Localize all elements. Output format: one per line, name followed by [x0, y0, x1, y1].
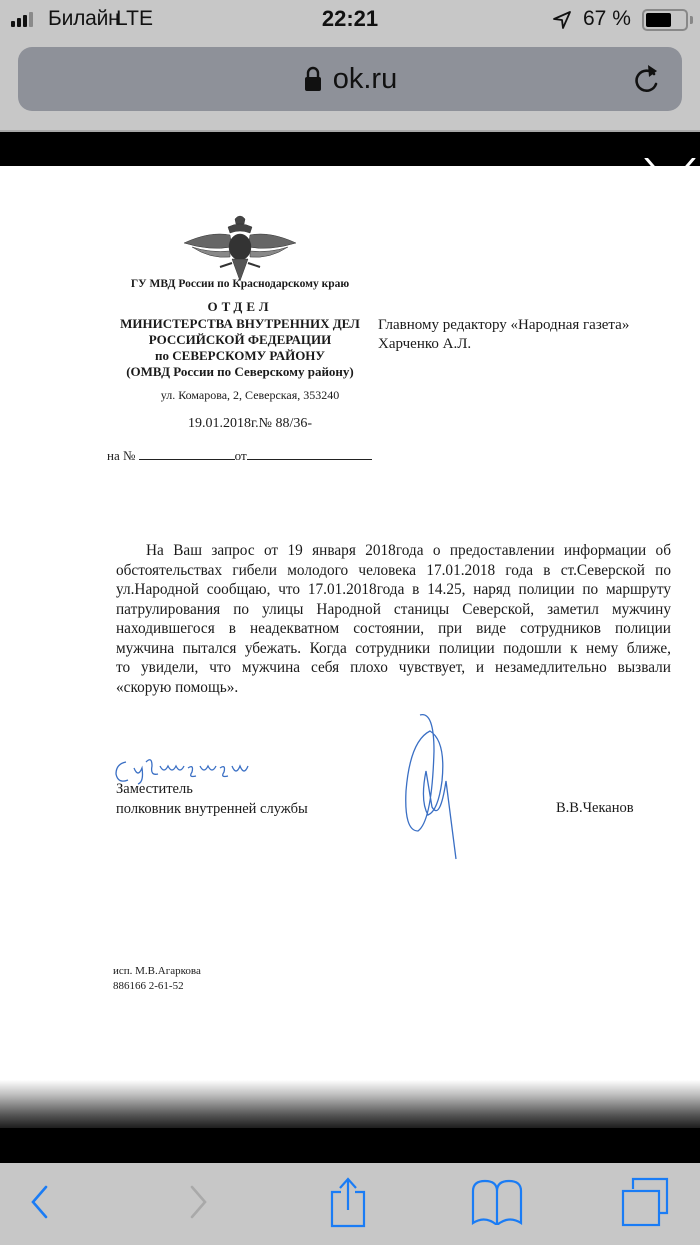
location-arrow-icon — [552, 10, 572, 30]
reload-icon[interactable] — [632, 62, 662, 96]
battery-nub — [690, 16, 693, 24]
body-line: ул.Народной сообщаю, что 17.01.2018года … — [116, 580, 671, 600]
battery-percent: 67 % — [583, 7, 631, 31]
viewer-bottom-fade — [0, 1080, 700, 1130]
executor-phone: 886166 2-61-52 — [113, 979, 201, 994]
signatory-title-line: Заместитель — [116, 779, 308, 799]
ref-prefix: на № — [107, 448, 135, 463]
body-line: патрулирования по улицы Народной станицы… — [116, 600, 671, 620]
viewer-top-band — [0, 130, 700, 166]
outgoing-number: 19.01.2018г.№ 88/36- — [100, 416, 400, 432]
header-line: по СЕВЕРСКОМУ РАЙОНУ — [100, 348, 380, 364]
share-icon — [328, 1176, 368, 1228]
recipient-block: Главному редактору «Народная газета» Хар… — [378, 316, 629, 354]
header-department-block: МИНИСТЕРСТВА ВНУТРЕННИХ ДЕЛ РОССИЙСКОЙ Ф… — [100, 316, 380, 380]
battery-icon — [642, 9, 688, 31]
header-otdel: ОТДЕЛ — [100, 299, 380, 315]
recipient-line: Главному редактору «Народная газета» — [378, 316, 629, 335]
header-line: (ОМВД России по Северскому району) — [100, 364, 380, 380]
header-gu-mvd: ГУ МВД России по Краснодарскому краю — [100, 278, 380, 290]
lock-icon — [303, 66, 323, 92]
executor-name: исп. М.В.Агаркова — [113, 964, 201, 979]
document-image: ГУ МВД России по Краснодарскому краю ОТД… — [0, 166, 700, 1081]
status-bar: Билайн LTE 22:21 67 % — [0, 0, 700, 40]
tabs-button[interactable] — [618, 1175, 674, 1229]
tabs-icon — [621, 1177, 671, 1227]
viewer-bottom-band — [0, 1128, 700, 1163]
reference-line: на № от — [107, 448, 372, 464]
body-line: На Ваш запрос от 19 января 2018года о пр… — [116, 541, 671, 561]
mvd-emblem-icon — [180, 213, 300, 285]
body-line: находившегося в неадекватном состоянии, … — [116, 619, 671, 639]
back-icon — [28, 1184, 52, 1220]
signatory-name: В.В.Чеканов — [556, 800, 634, 817]
share-button[interactable] — [320, 1175, 376, 1229]
bookmarks-button[interactable] — [469, 1175, 525, 1229]
recipient-line: Харченко А.Л. — [378, 335, 629, 354]
body-line: обстоятельствах гибели молодого человека… — [116, 561, 671, 581]
ref-number-blank — [139, 448, 235, 460]
ref-from: от — [235, 448, 247, 463]
body-line: то увидели, что мужчина себя плохо чувст… — [116, 658, 671, 678]
browser-toolbar — [0, 1163, 700, 1245]
letter-body: На Ваш запрос от 19 января 2018года о пр… — [116, 541, 671, 697]
forward-icon — [186, 1184, 210, 1220]
forward-button[interactable] — [170, 1175, 226, 1229]
executor-block: исп. М.В.Агаркова 886166 2-61-52 — [113, 964, 201, 994]
body-line: «скорую помощь». — [116, 678, 671, 698]
url-text[interactable]: ok.ru — [333, 63, 397, 96]
signature-icon — [400, 711, 470, 861]
signatory-title-line: полковник внутренней службы — [116, 799, 308, 819]
address-bar[interactable]: ok.ru — [18, 47, 682, 111]
header-line: РОССИЙСКОЙ ФЕДЕРАЦИИ — [100, 332, 380, 348]
bookmarks-icon — [471, 1179, 523, 1225]
header-line: МИНИСТЕРСТВА ВНУТРЕННИХ ДЕЛ — [100, 316, 380, 332]
header-address: ул. Комарова, 2, Северская, 353240 — [100, 388, 400, 403]
back-button[interactable] — [12, 1175, 68, 1229]
body-line: мужчина пытался убежать. Когда сотрудник… — [116, 639, 671, 659]
signatory-title: Заместитель полковник внутренней службы — [116, 779, 308, 819]
ref-date-blank — [247, 448, 372, 460]
